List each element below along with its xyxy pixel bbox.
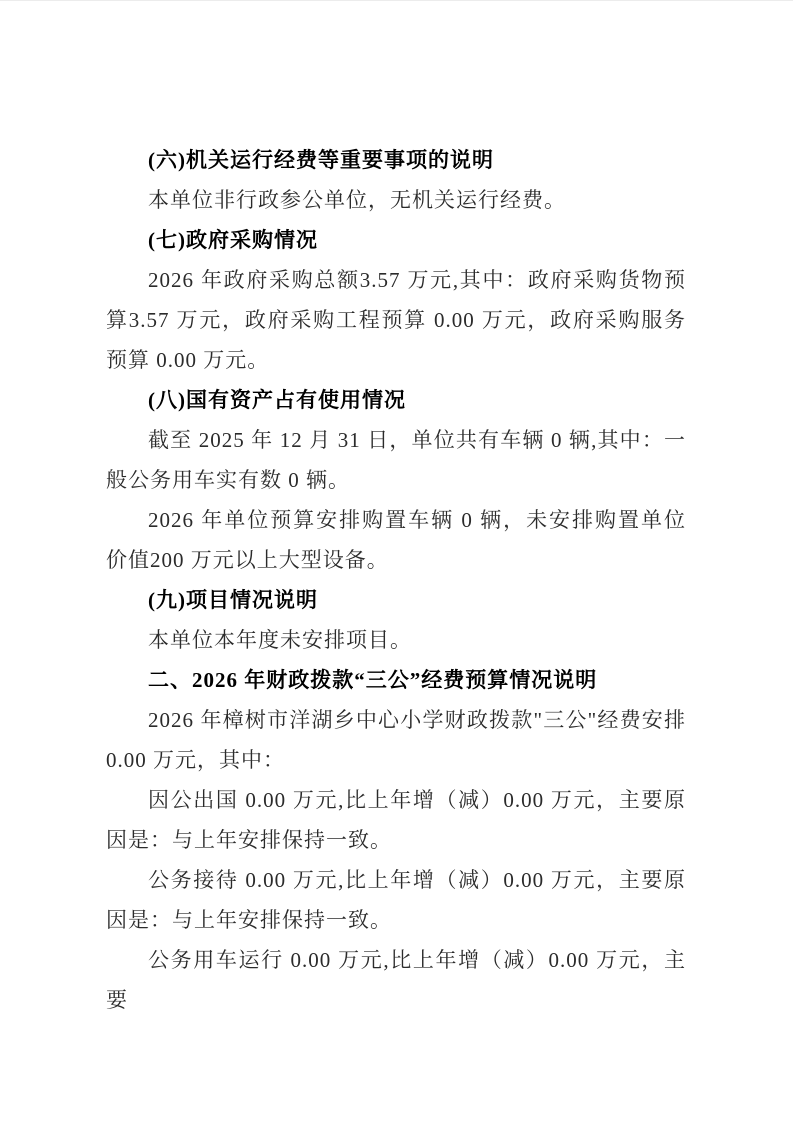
- section-heading-government-procurement: (七)政府采购情况: [106, 220, 686, 260]
- paragraph-government-procurement: 2026 年政府采购总额3.57 万元,其中：政府采购货物预算3.57 万元，政…: [106, 260, 686, 380]
- paragraph-vehicles-budget: 2026 年单位预算安排购置车辆 0 辆，未安排购置单位价值200 万元以上大型…: [106, 500, 686, 580]
- paragraph-official-reception: 公务接待 0.00 万元,比上年增（减）0.00 万元，主要原因是：与上年安排保…: [106, 860, 686, 940]
- paragraph-agency-operating-funds: 本单位非行政参公单位，无机关运行经费。: [106, 180, 686, 220]
- section-heading-state-assets: (八)国有资产占有使用情况: [106, 380, 686, 420]
- chapter-heading-three-public-expenses: 二、2026 年财政拨款“三公”经费预算情况说明: [106, 660, 686, 700]
- paragraph-projects: 本单位本年度未安排项目。: [106, 620, 686, 660]
- document-page: (六)机关运行经费等重要事项的说明 本单位非行政参公单位，无机关运行经费。 (七…: [0, 0, 793, 1122]
- section-heading-agency-operating-funds: (六)机关运行经费等重要事项的说明: [106, 140, 686, 180]
- paragraph-three-public-total: 2026 年樟树市洋湖乡中心小学财政拨款"三公"经费安排0.00 万元，其中：: [106, 700, 686, 780]
- paragraph-overseas-travel: 因公出国 0.00 万元,比上年增（减）0.00 万元，主要原因是：与上年安排保…: [106, 780, 686, 860]
- paragraph-vehicles-current: 截至 2025 年 12 月 31 日，单位共有车辆 0 辆,其中：一般公务用车…: [106, 420, 686, 500]
- paragraph-official-vehicle-operation: 公务用车运行 0.00 万元,比上年增（减）0.00 万元，主要: [106, 940, 686, 1020]
- section-heading-projects: (九)项目情况说明: [106, 580, 686, 620]
